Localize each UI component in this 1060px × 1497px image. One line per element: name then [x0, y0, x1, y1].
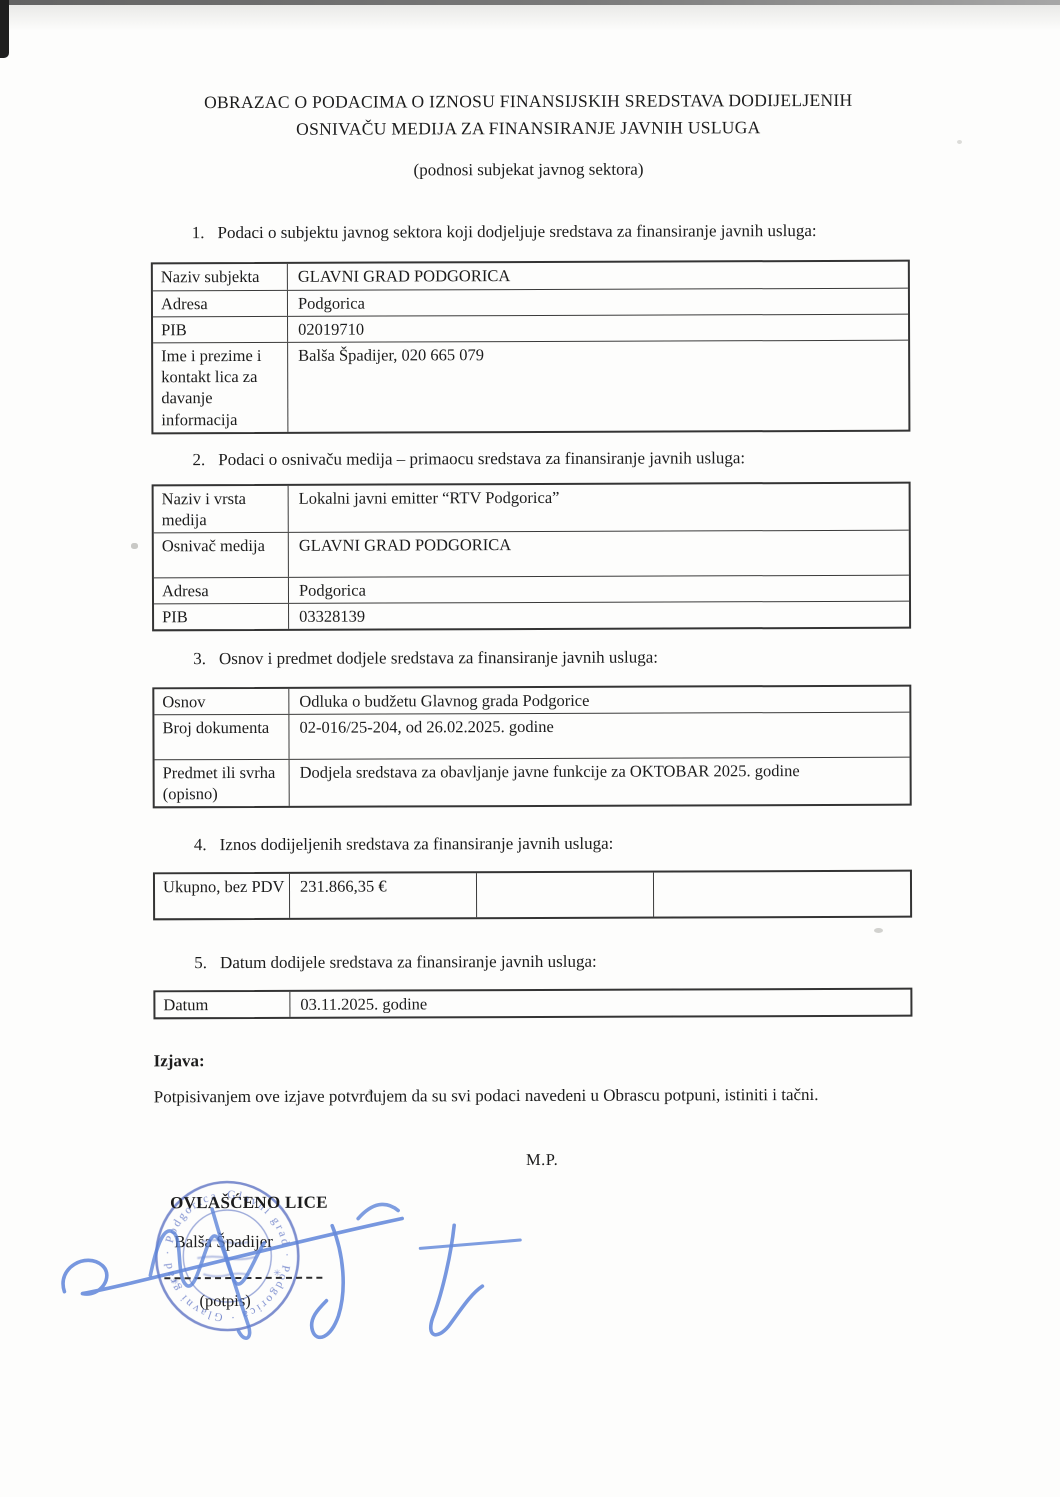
handwritten-signature — [32, 1180, 553, 1412]
table-row: Ukupno, bez PDV 231.866,35 € — [155, 872, 910, 919]
row-label: Naziv i vrsta medija — [154, 486, 289, 533]
table-row: Predmet ili svrha (opisno) Dodjela sreds… — [155, 757, 910, 807]
section-3-number: 3. — [193, 649, 206, 669]
section-2-title: Podaci o osnivaču medija – primaocu sred… — [218, 448, 745, 470]
declaration-text: Potpisivanjem ove izjave potvrđujem da s… — [154, 1085, 944, 1108]
row-value: 02019710 — [288, 315, 908, 342]
amount-empty-cell — [477, 873, 654, 918]
title-line-1: OBRAZAC O PODACIMA O IZNOSU FINANSIJSKIH… — [78, 86, 978, 116]
table-row: Adresa Podgorica — [154, 575, 909, 604]
row-value: GLAVNI GRAD PODGORICA — [288, 262, 908, 290]
row-label: Adresa — [154, 578, 289, 604]
row-value: 02-016/25-204, od 26.02.2025. godine — [289, 713, 909, 759]
table-row: PIB 03328139 — [154, 601, 909, 630]
row-label: Naziv subjekta — [153, 264, 288, 290]
section-1-title: Podaci o subjektu javnog sektora koji do… — [217, 221, 816, 243]
table-row: Broj dokumenta 02-016/25-204, od 26.02.2… — [154, 712, 909, 760]
seal-placeholder: M.P. — [526, 1150, 558, 1170]
table-row: Osnivač medija GLAVNI GRAD PODGORICA — [154, 530, 909, 578]
amount-value: 231.866,35 € — [290, 873, 477, 918]
document-title: OBRAZAC O PODACIMA O IZNOSU FINANSIJSKIH… — [78, 86, 978, 143]
row-label: Datum — [155, 992, 290, 1018]
table-public-sector-entity: Naziv subjekta GLAVNI GRAD PODGORICA Adr… — [151, 260, 911, 434]
section-2-number: 2. — [192, 450, 205, 470]
amount-label: Ukupno, bez PDV — [155, 874, 290, 918]
table-row: Naziv subjekta GLAVNI GRAD PODGORICA — [153, 262, 908, 291]
row-value: 03328139 — [289, 602, 909, 629]
row-label: Ime i prezime i kontakt lica za davanje … — [153, 343, 288, 432]
section-2-heading: 2. Podaci o osnivaču medija – primaocu s… — [192, 448, 745, 470]
row-label: Osnivač medija — [154, 533, 289, 577]
section-3-title: Osnov i predmet dodjele sredstava za fin… — [219, 648, 658, 670]
row-label: PIB — [153, 317, 288, 343]
table-row: Osnov Odluka o budžetu Glavnog grada Pod… — [154, 687, 909, 715]
table-row: Adresa Podgorica — [153, 288, 908, 317]
scanned-document-page: OBRAZAC O PODACIMA O IZNOSU FINANSIJSKIH… — [0, 0, 1060, 1497]
section-5-number: 5. — [194, 953, 207, 973]
document-content: OBRAZAC O PODACIMA O IZNOSU FINANSIJSKIH… — [0, 0, 1060, 1497]
section-4-title: Iznos dodijeljenih sredstava za finansir… — [220, 834, 614, 855]
row-value: Lokalni javni emitter “RTV Podgorica” — [289, 484, 909, 532]
row-value: GLAVNI GRAD PODGORICA — [289, 531, 909, 577]
table-row: Naziv i vrsta medija Lokalni javni emitt… — [154, 484, 909, 533]
section-5-heading: 5. Datum dodijele sredstava za finansira… — [194, 952, 597, 973]
table-amount: Ukupno, bez PDV 231.866,35 € — [153, 870, 912, 921]
row-label: Adresa — [153, 291, 288, 317]
document-subtitle: (podnosi subjekat javnog sektora) — [78, 158, 978, 181]
section-1-heading: 1. Podaci o subjektu javnog sektora koji… — [192, 221, 817, 243]
row-value: Odluka o budžetu Glavnog grada Podgorice — [289, 687, 909, 714]
row-value: 03.11.2025. godine — [290, 990, 910, 1017]
row-value: Podgorica — [288, 289, 908, 316]
table-date: Datum 03.11.2025. godine — [153, 988, 912, 1020]
table-row: Datum 03.11.2025. godine — [155, 990, 910, 1018]
row-label: Predmet ili svrha (opisno) — [155, 760, 290, 807]
row-value: Dodjela sredstava za obavljanje javne fu… — [290, 758, 910, 806]
row-value: Balša Špadijer, 020 665 079 — [288, 341, 908, 432]
declaration-label: Izjava: — [154, 1051, 205, 1071]
row-label: Osnov — [154, 689, 289, 715]
row-value: Podgorica — [289, 576, 909, 603]
row-label: Broj dokumenta — [154, 715, 289, 759]
table-basis-and-purpose: Osnov Odluka o budžetu Glavnog grada Pod… — [152, 685, 911, 809]
section-3-heading: 3. Osnov i predmet dodjele sredstava za … — [193, 648, 658, 670]
section-4-number: 4. — [194, 835, 207, 855]
row-label: PIB — [154, 604, 289, 630]
section-1-number: 1. — [192, 223, 205, 243]
section-4-heading: 4. Iznos dodijeljenih sredstava za finan… — [194, 834, 614, 855]
table-row: Ime i prezime i kontakt lica za davanje … — [153, 340, 908, 432]
amount-empty-cell — [654, 872, 910, 917]
section-5-title: Datum dodijele sredstava za finansiranje… — [220, 952, 597, 973]
table-media-founder: Naziv i vrsta medija Lokalni javni emitt… — [152, 482, 912, 632]
table-row: PIB 02019710 — [153, 314, 908, 343]
title-line-2: OSNIVAČU MEDIJA ZA FINANSIRANJE JAVNIH U… — [78, 113, 978, 143]
